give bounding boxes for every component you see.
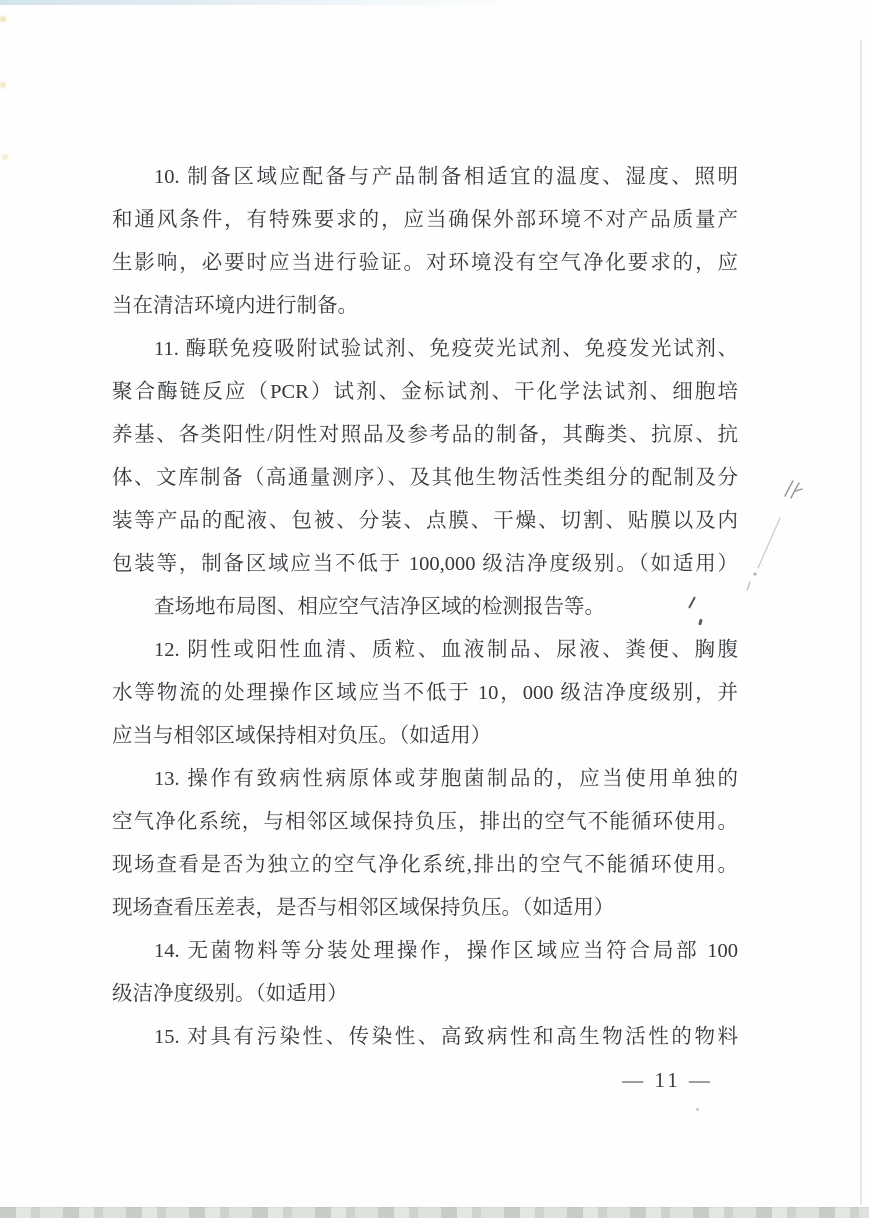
item-12-line: 水等物流的处理操作区域应当不低于 10，000 级洁净度级别，并 xyxy=(112,672,738,715)
page-number: — 11 — xyxy=(622,1068,713,1093)
item-11-line: 体、文库制备（高通量测序）、及其他生物活性类组分的配制及分 xyxy=(112,457,738,500)
scan-bottom-edge-artifact xyxy=(0,1207,869,1218)
item-13-line: 13. 操作有致病性病原体或芽胞菌制品的，应当使用单独的 xyxy=(112,758,738,801)
item-10-line: 和通风条件，有特殊要求的，应当确保外部环境不对产品质量产 xyxy=(112,199,738,242)
item-11-line: 装等产品的配液、包被、分装、点膜、干燥、切割、贴膜以及内 xyxy=(112,500,738,543)
item-13-line: 现场查看压差表，是否与相邻区域保持负压。（如适用） xyxy=(112,887,738,930)
item-14-line: 级洁净度级别。（如适用） xyxy=(112,973,738,1016)
pen-mark-artifact xyxy=(781,478,805,504)
scanned-document-page: 10. 制备区域应配备与产品制备相适宜的温度、湿度、照明 和通风条件，有特殊要求… xyxy=(0,0,869,1218)
item-10-line: 10. 制备区域应配备与产品制备相适宜的温度、湿度、照明 xyxy=(112,156,738,199)
item-12-line: 应当与相邻区域保持相对负压。（如适用） xyxy=(112,715,738,758)
item-13-line: 现场查看是否为独立的空气净化系统,排出的空气不能循环使用。 xyxy=(112,844,738,887)
speck-artifact xyxy=(696,1108,699,1111)
scan-right-edge-line xyxy=(860,40,862,1205)
document-text-block: 10. 制备区域应配备与产品制备相适宜的温度、湿度、照明 和通风条件，有特殊要求… xyxy=(112,156,738,1059)
inspection-note-line: 查场地布局图、相应空气洁净区域的检测报告等。 xyxy=(112,586,738,629)
item-10-line: 生影响，必要时应当进行验证。对环境没有空气净化要求的，应 xyxy=(112,242,738,285)
item-13-line: 空气净化系统，与相邻区域保持负压，排出的空气不能循环使用。 xyxy=(112,801,738,844)
item-11-line: 聚合酶链反应（PCR）试剂、金标试剂、干化学法试剂、细胞培 xyxy=(112,371,738,414)
item-11-line: 11. 酶联免疫吸附试验试剂、免疫荧光试剂、免疫发光试剂、 xyxy=(112,328,738,371)
item-11-line: 养基、各类阳性/阴性对照品及参考品的制备，其酶类、抗原、抗 xyxy=(112,414,738,457)
scan-left-smudge-artifact xyxy=(0,16,6,22)
item-15-line: 15. 对具有污染性、传染性、高致病性和高生物活性的物料 xyxy=(112,1016,738,1059)
item-11-line: 包装等，制备区域应当不低于 100,000 级洁净度级别。（如适用） xyxy=(112,543,738,586)
item-14-line: 14. 无菌物料等分装处理操作，操作区域应当符合局部 100 xyxy=(112,930,738,973)
item-12-line: 12. 阴性或阳性血清、质粒、血液制品、尿液、粪便、胸腹 xyxy=(112,629,738,672)
scan-top-edge-artifact xyxy=(0,0,520,5)
scratch-mark-artifact xyxy=(744,516,784,596)
item-10-line: 当在清洁环境内进行制备。 xyxy=(112,285,738,328)
